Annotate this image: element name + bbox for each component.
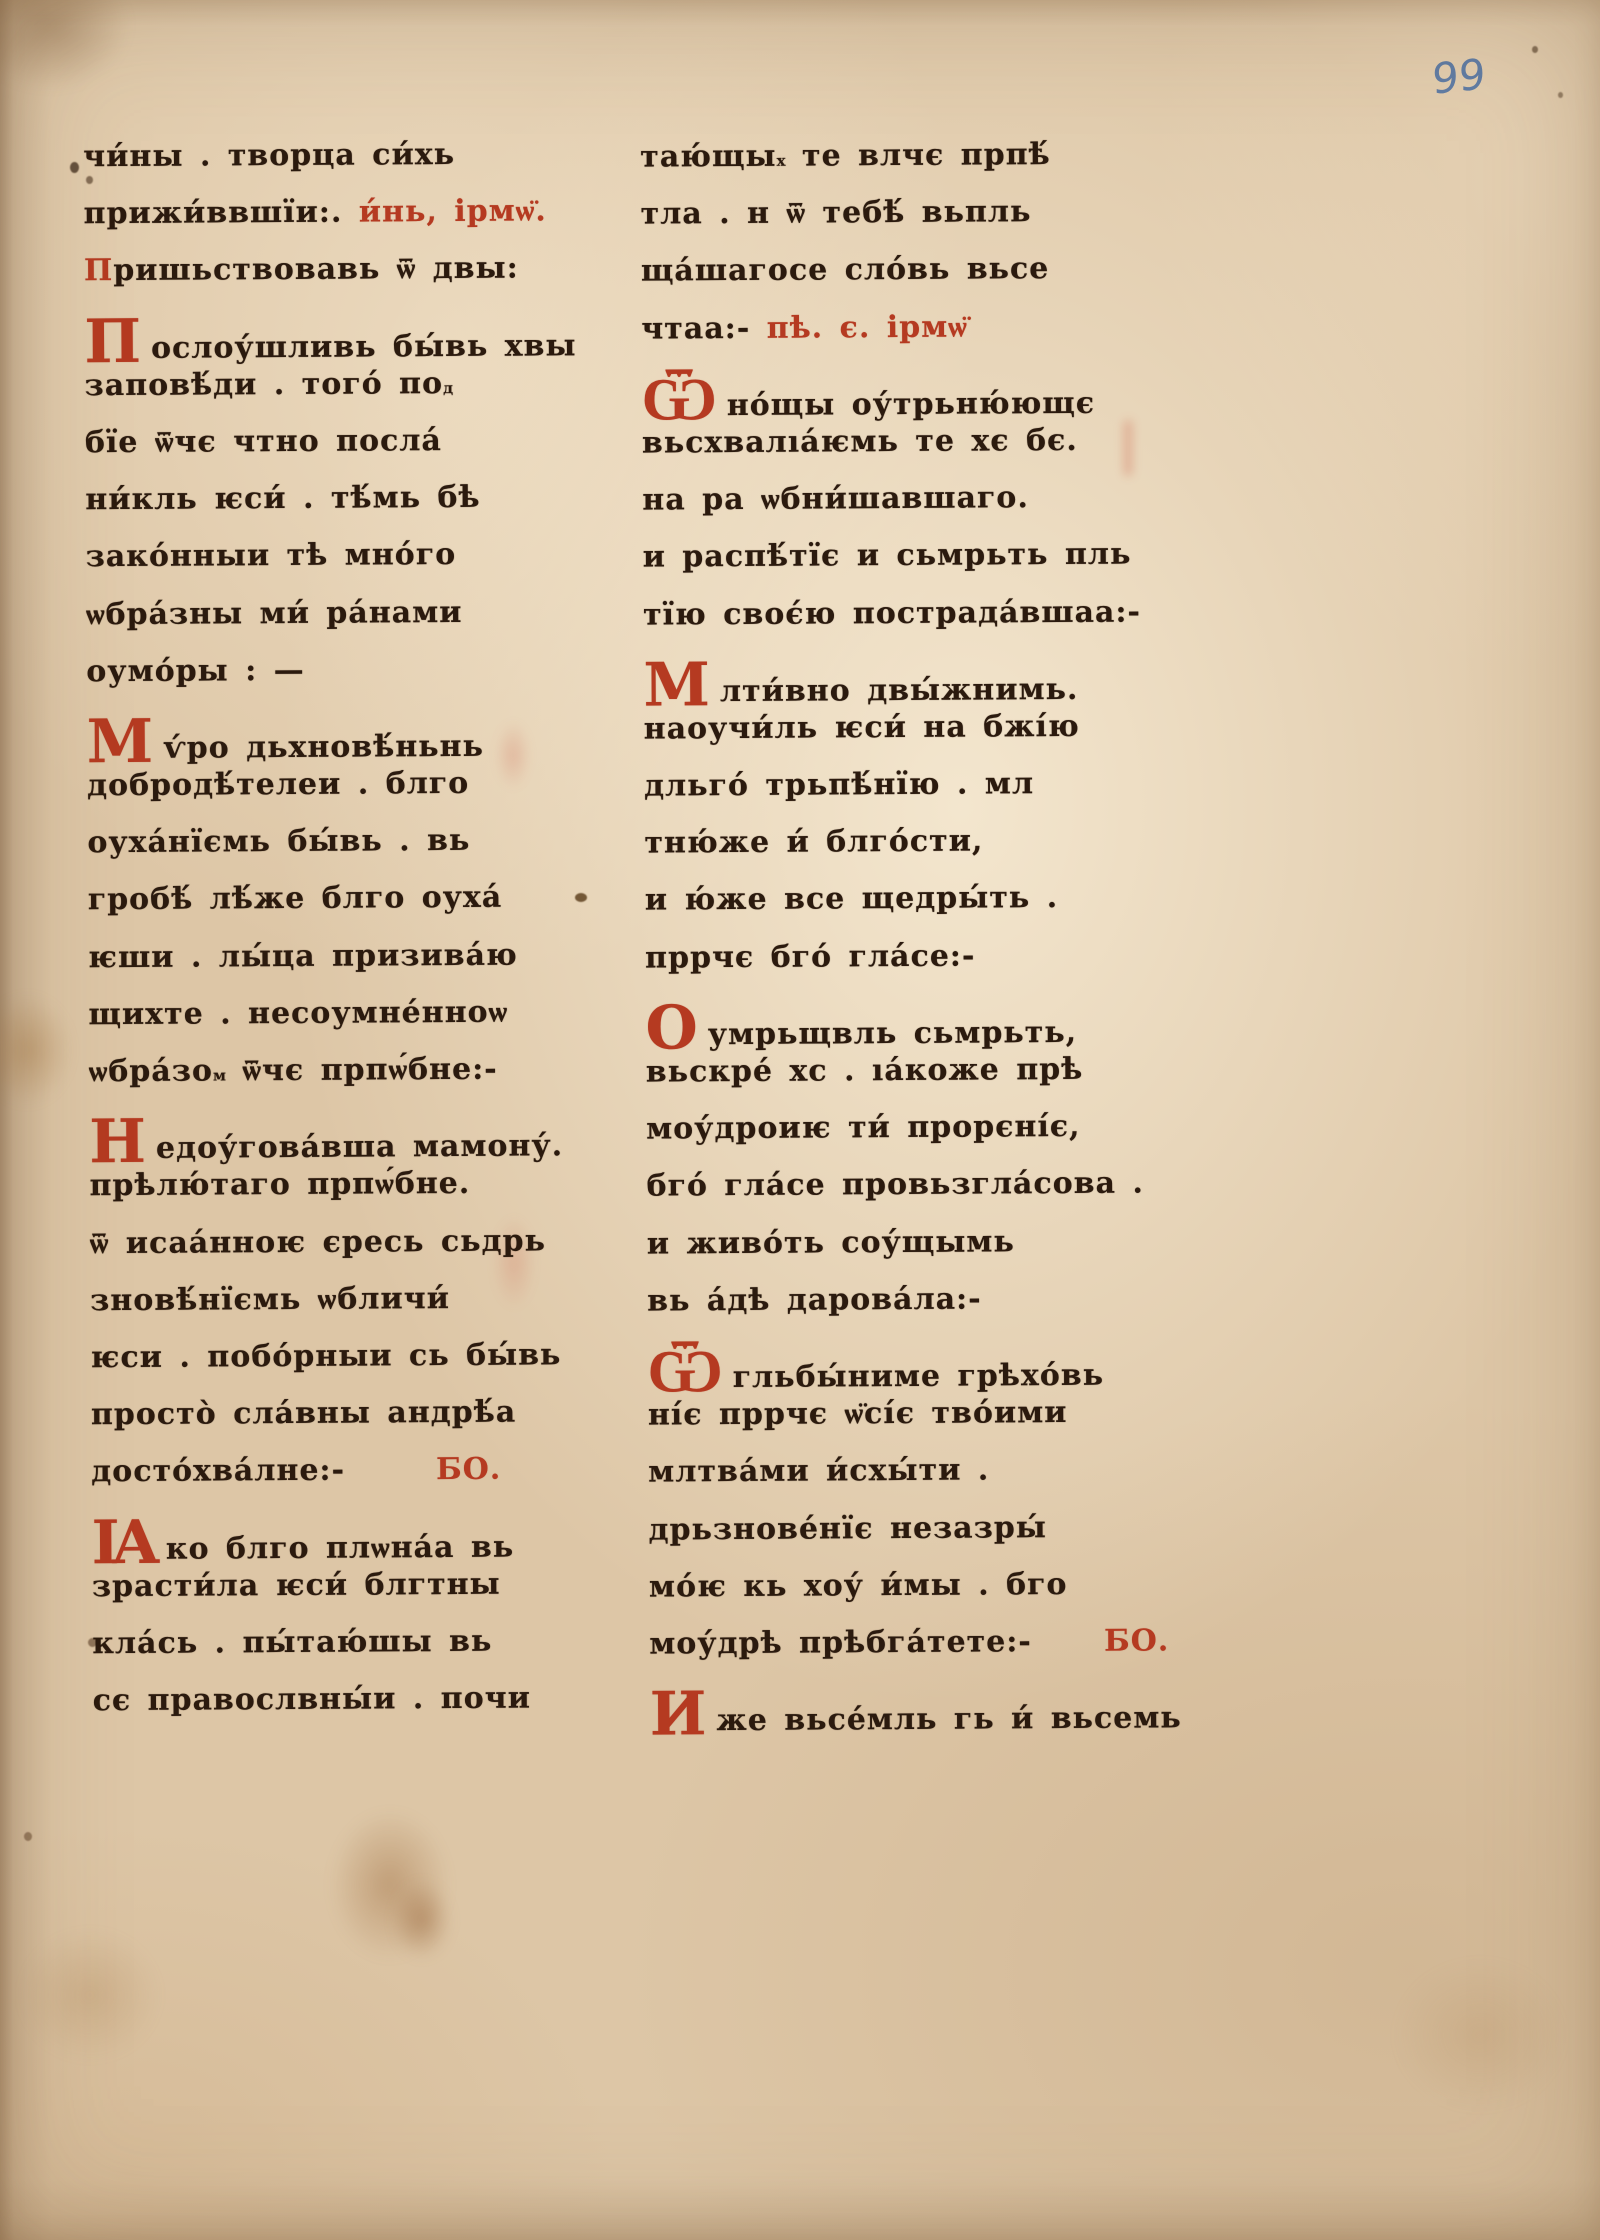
manuscript-line: ща́шагосе сло́вь вьсе (641, 251, 1161, 311)
text-run: х (777, 152, 786, 170)
manuscript-line: кла́сь . пы́таю́шы вь (92, 1624, 502, 1684)
text-run: моу́дрѣ прѣбга́тете:- (649, 1624, 1032, 1661)
manuscript-line: Недоу́гова́вша мамону́. (89, 1109, 499, 1169)
text-run: и́нь, ірмѡ̈. (359, 194, 547, 230)
text-run: сє правослвны́и . почи (93, 1681, 531, 1719)
ink-speck (1558, 92, 1563, 98)
manuscript-line: зновѣ́нїємь ѡбличи́ (90, 1280, 500, 1340)
manuscript-line: заповѣ́ди . того́ под (85, 366, 495, 426)
manuscript-line: Оумрьщвль сьмрьть, (645, 994, 1165, 1054)
manuscript-line: на ра ѡбни́шавшаго. (642, 480, 1162, 540)
paper-stain (330, 1810, 450, 1960)
text-column-right: таю́щых те влчє прпѣ́тла . н ѿ тебѣ́ вьп… (640, 136, 1170, 1740)
text-run: умрьщвль сьмрьть, (708, 1015, 1078, 1052)
manuscript-line: гробѣ́ лѣ́же блго оуха́ (88, 880, 498, 940)
text-run: и распѣ́тїє и сьмрьть пль (643, 537, 1132, 575)
ink-speck (1532, 46, 1538, 53)
text-run: ѥси . побо́рныи сь бы́вь (90, 1337, 561, 1375)
manuscript-line: вь а́дѣ дарова́ла:- (647, 1280, 1167, 1340)
text-run: ослоу́шливь бы́вь хвы (151, 328, 577, 366)
text-run: бго́ гла́се провьзгла́сова . (646, 1166, 1144, 1204)
text-run: д (443, 379, 453, 397)
manuscript-line: сє правослвны́и . почи (93, 1681, 503, 1741)
manuscript-line: и ю́же все щедры́ть . (645, 880, 1165, 940)
drop-initial: О (645, 1001, 699, 1055)
text-run: чтаа:- (641, 310, 767, 346)
text-run: ѿ исаа́нноѥ єресь сьдрь (90, 1223, 546, 1261)
manuscript-line: моу́дрѣ прѣбга́тете:-БО. (649, 1623, 1169, 1683)
text-run: тню́же и́ блго́сти, (644, 824, 983, 861)
manuscript-line: дрьзнове́нїє незазры́ (648, 1509, 1168, 1569)
text-run: тїю своє́ю пострада́вшаа:- (643, 594, 1141, 632)
text-run: вьскре́ хс . ıа́коже прѣ (646, 1052, 1084, 1090)
text-run: ришьствовавь ѿ двы: (113, 251, 519, 288)
manuscript-line: Ѿгльбы́ниме грѣхо́вь (647, 1337, 1167, 1397)
manuscript-line: ні́є пррчє ѡ̈сі́є тво́ими (648, 1395, 1168, 1455)
text-run: м (213, 1066, 226, 1084)
manuscript-line: млтва́ми и́схы́ти . (648, 1452, 1168, 1512)
page-number: 99 (1432, 49, 1485, 104)
text-run: те влчє прпѣ́ (785, 137, 1050, 174)
manuscript-line: вьскре́ хс . ıа́коже прѣ (646, 1051, 1166, 1111)
manuscript-line: бїе ѿчє чтно посла́ (85, 423, 495, 483)
paper-stain (1395, 1960, 1565, 2110)
manuscript-line: ѡбра́зом ѿчє прпѡ́бне:- (89, 1052, 499, 1112)
text-run: гльбы́ниме грѣхо́вь (733, 1358, 1105, 1395)
ink-speck (70, 162, 79, 173)
text-run: дльго́ трьпѣ́нїю . мл (644, 766, 1034, 803)
text-run: и ю́же все щедры́ть . (645, 881, 1059, 919)
text-run: зако́нныи тѣ мно́го (86, 537, 457, 574)
manuscript-line: и живо́ть соу́щымь (647, 1223, 1167, 1283)
text-run: досто́хва́лне:- (91, 1453, 345, 1490)
text-run: вь а́дѣ дарова́ла:- (647, 1281, 982, 1318)
paper-stain (0, 0, 130, 90)
manuscript-line: тїю своє́ю пострада́вшаа:- (643, 594, 1163, 654)
text-run: БО. (1104, 1623, 1169, 1658)
drop-initial: ІА (92, 1515, 152, 1569)
text-run: и живо́ть соу́щымь (647, 1224, 1015, 1261)
manuscript-line: Мѵ́ро дьхновѣ́ньнь (87, 709, 497, 769)
text-run: моу́дроиѥ ти́ прорєні́є, (646, 1109, 1081, 1147)
manuscript-line: ѥши . лы́ца призива́ю (88, 937, 498, 997)
manuscript-line: тла . н ѿ тебѣ́ вьпль (640, 194, 1160, 254)
text-run: ща́шагосе сло́вь вьсе (641, 251, 1050, 288)
text-run: БО. (436, 1452, 501, 1487)
manuscript-line: вьсхвалıа́ѥмь те хє бє. (642, 422, 1162, 482)
text-run: зрасти́ла ѥси́ блгтны (92, 1566, 501, 1603)
manuscript-line: Пришьствовавь ѿ двы: (84, 251, 494, 311)
text-run: тла . н ѿ тебѣ́ вьпль (640, 194, 1031, 231)
ink-speck (575, 893, 587, 902)
manuscript-line: прѣлю́таго прпѡ́бне. (89, 1166, 499, 1226)
manuscript-line: ни́кль ѥси́ . тѣ́мь бѣ (85, 480, 495, 540)
text-run: едоу́гова́вша мамону́. (156, 1129, 563, 1166)
drop-initial: Н (89, 1115, 147, 1169)
text-run: гробѣ́ лѣ́же блго оуха́ (88, 880, 503, 918)
paper-stain (392, 1880, 452, 1960)
text-run: ѡбра́зо (89, 1053, 213, 1089)
manuscript-line: досто́хва́лне:-БО. (91, 1452, 501, 1512)
text-run: просто̀ сла́вны андрѣ́а (91, 1395, 517, 1433)
manuscript-line: тню́же и́ блго́сти, (644, 823, 1164, 883)
drop-initial: Ѿ (642, 372, 718, 426)
text-run: прижи́ввшїи:. (83, 195, 358, 232)
manuscript-line: ІАко блго плѡна́а вь (91, 1509, 501, 1569)
text-run: таю́щы (640, 139, 777, 175)
text-run: ѵ́ро дьхновѣ́ньнь (163, 729, 484, 766)
text-run: же вьсе́мль гь и́ вьсемь (716, 1700, 1181, 1738)
manuscript-line: Млти́вно двы́жнимь. (643, 651, 1163, 711)
manuscript-line: ѿ исаа́нноѥ єресь сьдрь (90, 1223, 500, 1283)
text-run: ѡбра́зны ми́ ра́нами (86, 594, 463, 631)
manuscript-line: дльго́ трьпѣ́нїю . мл (644, 765, 1164, 825)
text-run: ѥши . лы́ца призива́ю (88, 937, 518, 975)
manuscript-line: зрасти́ла ѥси́ блгтны (92, 1566, 502, 1626)
manuscript-line: Иже вьсе́мль гь и́ вьсемь (650, 1680, 1170, 1740)
text-run: чи́ны . творца си́хь (83, 137, 455, 174)
paper-stain (20, 1930, 160, 2060)
manuscript-line: ѥси . побо́рныи сь бы́вь (90, 1338, 500, 1398)
text-run: ко блго плѡна́а вь (166, 1529, 514, 1566)
text-run: кла́сь . пы́таю́шы вь (92, 1624, 492, 1661)
manuscript-page: 99 чи́ны . творца си́хьприжи́ввшїи:. и́н… (0, 0, 1600, 2240)
drop-initial: Ѿ (647, 1344, 723, 1398)
text-run: бїе ѿчє чтно посла́ (85, 423, 442, 460)
text-run: оуха́нїємь бы́вь . вь (87, 823, 470, 860)
paper-stain (0, 995, 72, 1105)
text-run: мо́ѥ кь хоу́ и́мы . бго (649, 1567, 1068, 1605)
text-run: пррчє бго́ гла́се:- (645, 938, 975, 975)
text-run: щихте . несоумне́нноѡ (88, 994, 508, 1032)
text-run: оумо́ры : — (86, 653, 305, 689)
drop-initial: М (87, 715, 155, 769)
manuscript-line: оуха́нїємь бы́вь . вь (87, 823, 497, 883)
manuscript-line: чи́ны . творца си́хь (83, 137, 493, 197)
text-run: млтва́ми и́схы́ти . (648, 1453, 989, 1490)
manuscript-line: просто̀ сла́вны андрѣ́а (91, 1395, 501, 1455)
manuscript-line: оумо́ры : — (86, 651, 496, 711)
manuscript-line: щихте . несоумне́нноѡ (88, 995, 498, 1055)
text-run: П (84, 253, 114, 288)
text-run: ѿчє прпѡ́бне:- (226, 1052, 498, 1089)
text-run: ни́кль ѥси́ . тѣ́мь бѣ (85, 480, 480, 517)
manuscript-line: и распѣ́тїє и сьмрьть пль (643, 537, 1163, 597)
drop-initial: И (650, 1687, 708, 1741)
drop-initial: П (84, 314, 142, 368)
manuscript-line: Послоу́шливь бы́вь хвы (84, 308, 494, 368)
text-run: зновѣ́нїємь ѡбличи́ (90, 1281, 450, 1318)
text-run: дрьзнове́нїє незазры́ (648, 1510, 1046, 1547)
text-run: пѣ. є. ірмѡ̈ (767, 309, 968, 345)
manuscript-line: мо́ѥ кь хоу́ и́мы . бго (649, 1566, 1169, 1626)
text-run: но́щы оу́трьню́ющє (727, 386, 1096, 423)
ink-bleed-ghost (495, 720, 531, 790)
manuscript-line: зако́нныи тѣ мно́го (86, 537, 496, 597)
manuscript-line: пррчє бго́ гла́се:- (645, 937, 1165, 997)
manuscript-line: таю́щых те влчє прпѣ́ (640, 136, 1160, 196)
manuscript-line: ѡбра́зны ми́ ра́нами (86, 594, 496, 654)
manuscript-line: чтаа:- пѣ. є. ірмѡ̈ (641, 308, 1161, 368)
text-run: лти́вно двы́жнимь. (720, 672, 1079, 709)
manuscript-line: прижи́ввшїи:. и́нь, ірмѡ̈. (83, 194, 493, 254)
manuscript-line: моу́дроиѥ ти́ прорєні́є, (646, 1109, 1166, 1169)
ink-speck (24, 1832, 32, 1841)
manuscript-line: бго́ гла́се провьзгла́сова . (646, 1166, 1166, 1226)
drop-initial: М (643, 658, 711, 712)
text-column-left: чи́ны . творца си́хьприжи́ввшїи:. и́нь, … (83, 137, 503, 1741)
manuscript-line: наоучи́ль ѥси́ на бжі́ю (644, 708, 1164, 768)
text-run: на ра ѡбни́шавшаго. (642, 480, 1029, 517)
manuscript-line: Ѿно́щы оу́трьню́ющє (642, 365, 1162, 425)
